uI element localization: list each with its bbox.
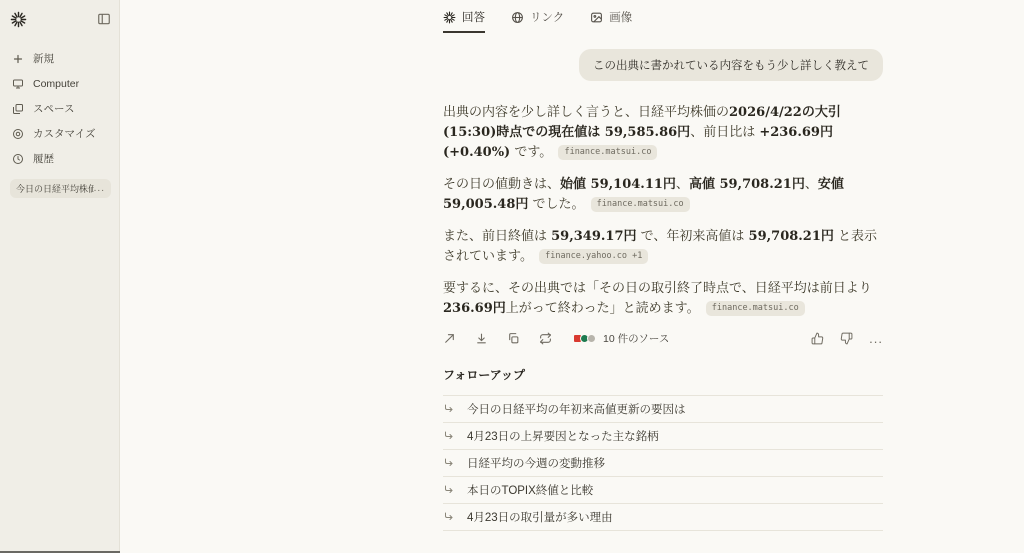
answer-bold-text: 高値 59,708.21円 (689, 177, 805, 192)
followup-item-label: 日経平均の今週の変動推移 (467, 455, 605, 471)
source-chip[interactable]: finance.matsui.co (706, 301, 805, 316)
user-message-bubble: この出典に書かれている内容をもう少し詳しく教えて (579, 49, 883, 81)
history-item-menu-icon[interactable]: ... (94, 183, 105, 194)
answer-text: 、 (805, 177, 818, 192)
spaces-icon (12, 103, 24, 115)
answer-text: 、前日比は (690, 125, 759, 140)
followup-item-label: 本日のTOPIX終値と比較 (467, 482, 593, 498)
retry-icon[interactable] (539, 332, 552, 345)
sidebar-toggle-icon[interactable] (97, 12, 111, 26)
plus-icon (12, 53, 24, 65)
copy-icon[interactable] (507, 332, 520, 345)
sidebar: 新規 Computer スペース カスタマイズ 履歴 (0, 0, 120, 553)
tab-label: 回答 (462, 9, 485, 25)
starburst-icon (443, 11, 456, 24)
answer-text: で、年初来高値は (637, 229, 749, 244)
thumbs-up-icon[interactable] (811, 332, 824, 345)
source-chip[interactable]: finance.yahoo.co +1 (539, 249, 648, 264)
customize-icon (12, 128, 24, 140)
tab-label: リンク (530, 9, 564, 25)
source-favicons (573, 334, 596, 343)
tab-bar: 回答 リンク 画像 (443, 0, 883, 33)
branch-arrow-icon (443, 457, 455, 469)
sidebar-item-new[interactable]: 新規 (10, 46, 111, 71)
globe-icon (511, 11, 524, 24)
assistant-answer: 出典の内容を少し詳しく言うと、日経平均株価の2026/4/22の大引(15:30… (443, 103, 883, 319)
history-item-label: 今日の日経平均株価の終... (16, 182, 94, 195)
answer-bold-text: 始値 59,104.11円 (560, 177, 676, 192)
image-icon (590, 11, 603, 24)
branch-arrow-icon (443, 511, 455, 523)
tab-links[interactable]: リンク (511, 9, 564, 33)
answer-text: 要するに、その出典では「その日の取引終了時点で、日経平均は前日より (443, 281, 872, 296)
followup-item[interactable]: 4月23日の取引量が多い理由 (443, 504, 883, 531)
answer-text: また、前日終値は (443, 229, 551, 244)
sources-count-label: 10 件のソース (603, 331, 669, 346)
followup-section: フォローアップ 今日の日経平均の年初来高値更新の要因は 4月23日の上昇要因とな… (443, 366, 883, 531)
answer-text: です。 (510, 145, 556, 160)
history-item-current-chat[interactable]: 今日の日経平均株価の終... ... (10, 179, 111, 198)
main-content: 回答 リンク 画像 この出典に書かれている内容をもう少し詳しく教えて 出典の内容… (121, 0, 1024, 553)
share-icon[interactable] (443, 332, 456, 345)
tab-answer[interactable]: 回答 (443, 9, 485, 33)
sidebar-item-label: カスタマイズ (33, 126, 96, 141)
followup-item[interactable]: 本日のTOPIX終値と比較 (443, 477, 883, 504)
sidebar-item-label: Computer (33, 78, 79, 90)
followup-title: フォローアップ (443, 366, 883, 383)
sidebar-item-label: スペース (33, 101, 74, 116)
history-icon (12, 153, 24, 165)
download-icon[interactable] (475, 332, 488, 345)
answer-paragraph: また、前日終値は 59,349.17円 で、年初来高値は 59,708.21円 … (443, 227, 883, 267)
answer-paragraph: その日の値動きは、始値 59,104.11円、高値 59,708.21円、安値 … (443, 175, 883, 215)
tab-images[interactable]: 画像 (590, 9, 632, 33)
answer-paragraph: 要するに、その出典では「その日の取引終了時点で、日経平均は前日より236.69円… (443, 279, 883, 319)
followup-item-label: 今日の日経平均の年初来高値更新の要因は (467, 401, 686, 417)
sidebar-item-history[interactable]: 履歴 (10, 146, 111, 171)
answer-bold-text: 59,349.17円 (551, 229, 636, 244)
answer-paragraph: 出典の内容を少し詳しく言うと、日経平均株価の2026/4/22の大引(15:30… (443, 103, 883, 163)
more-options-icon[interactable]: ... (869, 331, 883, 346)
thumbs-down-icon[interactable] (840, 332, 853, 345)
answer-bold-text: 236.69円 (443, 301, 506, 316)
answer-text: でした。 (528, 197, 588, 212)
branch-arrow-icon (443, 403, 455, 415)
source-favicon-gray (587, 334, 596, 343)
source-chip[interactable]: finance.matsui.co (591, 197, 690, 212)
source-chip[interactable]: finance.matsui.co (558, 145, 657, 160)
sources-button[interactable]: 10 件のソース (573, 331, 669, 346)
sidebar-item-label: 新規 (33, 51, 54, 66)
answer-text: その日の値動きは、 (443, 177, 560, 192)
followup-item[interactable]: 今日の日経平均の年初来高値更新の要因は (443, 396, 883, 423)
followup-item-label: 4月23日の上昇要因となった主な銘柄 (467, 428, 659, 444)
sidebar-item-spaces[interactable]: スペース (10, 96, 111, 121)
branch-arrow-icon (443, 484, 455, 496)
answer-text: 出典の内容を少し詳しく言うと、日経平均株価の (443, 105, 729, 120)
sidebar-item-customize[interactable]: カスタマイズ (10, 121, 111, 146)
branch-arrow-icon (443, 430, 455, 442)
sidebar-item-label: 履歴 (33, 151, 54, 166)
followup-list: 今日の日経平均の年初来高値更新の要因は 4月23日の上昇要因となった主な銘柄 日… (443, 395, 883, 531)
monitor-icon (12, 78, 24, 90)
followup-item[interactable]: 日経平均の今週の変動推移 (443, 450, 883, 477)
tab-label: 画像 (609, 9, 632, 25)
answer-text: 、 (676, 177, 689, 192)
sidebar-item-computer[interactable]: Computer (10, 71, 111, 96)
app-logo-starburst-icon (10, 11, 27, 28)
followup-item[interactable]: 4月23日の上昇要因となった主な銘柄 (443, 423, 883, 450)
answer-text: 上がって終わった」と読めます。 (506, 301, 704, 316)
answer-bold-text: 59,708.21円 (749, 229, 834, 244)
answer-action-bar: 10 件のソース ... (443, 331, 883, 346)
followup-item-label: 4月23日の取引量が多い理由 (467, 509, 613, 525)
